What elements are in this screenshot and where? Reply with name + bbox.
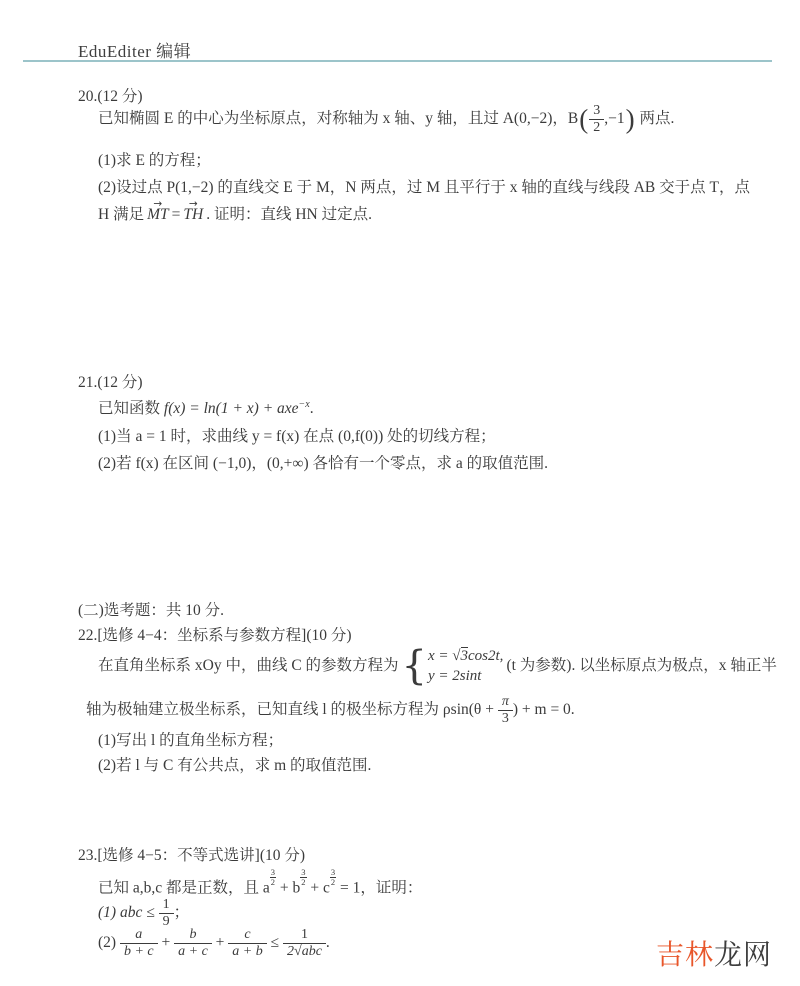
fraction-1-9: 19 (159, 897, 174, 930)
left-brace: { (402, 648, 427, 684)
p23-q1-tail: ； (174, 904, 190, 921)
watermark-dark-text: 龙网 (714, 939, 772, 970)
p23-intro-text: 已知 a,b,c 都是正数，且 a (98, 879, 270, 896)
fraction-denominator: a + c (174, 943, 212, 960)
exp-numerator: 3 (330, 868, 336, 877)
p21-question-1: (1)当 a = 1 时，求曲线 y = f(x) 在点 (0,f(0)) 处的… (98, 424, 496, 446)
p22-polar-equation: 轴为极轴建立极坐标系，已知直线 l 的极坐标方程为 ρsin(θ + (86, 701, 498, 718)
fraction-numerator: c (228, 927, 266, 943)
exp-numerator: 3 (300, 868, 306, 877)
p23-q2-tail: . (326, 934, 330, 951)
p23-intro: 已知 a,b,c 都是正数，且 a32 + b32 + c32 = 1，证明： (98, 868, 422, 897)
fraction-denominator: a + b (228, 943, 266, 960)
vector-MT: MT (147, 201, 169, 228)
p21-intro-tail: . (310, 400, 314, 417)
p21-question-2: (2)若 f(x) 在区间 (−1,0)，(0,+∞) 各恰有一个零点，求 a … (98, 451, 548, 473)
p20-q2-tail: . 证明：直线 HN 过定点. (206, 206, 372, 223)
p23-question-2: (2) ab + c + ba + c + ca + b ≤ 12√abc. (98, 927, 330, 960)
p23-title: 23.[选修 4−5：不等式选讲](10 分) (78, 843, 305, 865)
parametric-system: {x = √3cos2t,y = 2sint (402, 646, 504, 687)
radical-sign: √ (294, 944, 302, 959)
sqrt-3: √3 (452, 647, 468, 664)
param-eq-x-tail: cos2t, (468, 648, 503, 664)
left-paren: ( (578, 104, 589, 134)
fraction-denominator: b + c (120, 943, 158, 960)
p20-question-2: (2)设过点 P(1,−2) 的直线交 E 于 M，N 两点，过 M 且平行于 … (98, 174, 760, 228)
radicand-3: 3 (461, 647, 469, 664)
fraction-numerator: π (498, 694, 513, 710)
vector-MT-label: MT (147, 206, 169, 223)
p21-function-expression: f(x) = ln(1 + x) + axe (164, 400, 299, 417)
p23-intro-tail: = 1，证明： (336, 879, 422, 896)
p22-title: 22.[选修 4−4：坐标系与参数方程](10 分) (78, 623, 352, 645)
p20-intro: 已知椭圆 E 的中心为坐标原点，对称轴为 x 轴、y 轴，且过 A(0,−2)，… (98, 103, 674, 136)
p20-question-1: (1)求 E 的方程； (98, 148, 211, 170)
plus-sign: + (212, 934, 229, 951)
fraction-denominator: 3 (498, 710, 513, 727)
fraction-numerator: 1 (283, 927, 326, 943)
p21-exponent: −x (299, 399, 310, 410)
p23-question-1: (1) abc ≤ 19； (98, 897, 189, 930)
p22-line1-tail: (t 为参数). 以坐标原点为极点，x 轴正半 (506, 657, 776, 674)
param-eq-x-lhs: x = (428, 648, 452, 664)
exp-numerator: 3 (270, 868, 276, 877)
fraction-numerator: 1 (159, 897, 174, 913)
p23-q1-lhs: (1) abc ≤ (98, 904, 159, 921)
fraction-c-over-a-plus-b: ca + b (228, 927, 266, 960)
fraction-numerator: 3 (589, 103, 604, 119)
header-divider-line (23, 60, 772, 62)
rhs-coefficient: 2 (287, 944, 294, 959)
p21-intro-text: 已知函数 (98, 400, 164, 417)
p22-line-1: 在直角坐标系 xOy 中，曲线 C 的参数方程为{x = √3cos2t,y =… (98, 646, 777, 687)
equals-sign: = (172, 206, 181, 223)
site-watermark: 吉林龙网 (656, 933, 772, 973)
exam-page: EduEditer 编辑 20.(12 分) 已知椭圆 E 的中心为坐标原点，对… (0, 0, 800, 986)
p22-question-2: (2)若 l 与 C 有公共点，求 m 的取值范围. (98, 753, 371, 775)
plus-sign: + (158, 934, 175, 951)
vector-TH: TH (183, 201, 203, 228)
right-paren: ) (625, 104, 636, 134)
p20-point-b-coords: ,−1 (604, 110, 624, 127)
param-eq-y: y = 2sint (428, 666, 503, 686)
fraction-numerator: a (120, 927, 158, 943)
p22-line2-tail: ) + m = 0. (513, 701, 575, 718)
fraction-3-2: 32 (589, 103, 604, 136)
fraction-pi-3: π3 (498, 694, 513, 727)
editor-brand-label: EduEditer 编辑 (78, 37, 191, 62)
parametric-equations: x = √3cos2t,y = 2sint (428, 646, 503, 687)
section-2-heading: (二)选考题：共 10 分. (78, 598, 224, 620)
radicand-abc: abc (302, 943, 322, 959)
p22-line-2: 轴为极轴建立极坐标系，已知直线 l 的极坐标方程为 ρsin(θ + π3) +… (86, 694, 575, 727)
sqrt-abc: √abc (294, 943, 322, 959)
vector-TH-label: TH (183, 206, 203, 223)
radical-sign: √ (452, 648, 460, 664)
p21-intro: 已知函数 f(x) = ln(1 + x) + axe−x. (98, 396, 314, 418)
fraction-a-over-b-plus-c: ab + c (120, 927, 158, 960)
p22-intro-text: 在直角坐标系 xOy 中，曲线 C 的参数方程为 (98, 657, 399, 674)
p20-intro-tail: 两点. (636, 110, 675, 127)
fraction-denominator: 2 (589, 119, 604, 136)
fraction-denominator: 2√abc (283, 943, 326, 960)
p23-q2-label: (2) (98, 934, 120, 951)
p23-plus-c: + c (307, 879, 330, 896)
fraction-b-over-a-plus-c: ba + c (174, 927, 212, 960)
p21-number: 21.(12 分) (78, 370, 143, 392)
fraction-1-over-2sqrt-abc: 12√abc (283, 927, 326, 960)
watermark-accent-text: 吉林 (656, 939, 714, 970)
p20-intro-text: 已知椭圆 E 的中心为坐标原点，对称轴为 x 轴、y 轴，且过 A(0,−2)，… (98, 110, 578, 127)
param-eq-x: x = √3cos2t, (428, 646, 503, 666)
leq-sign: ≤ (267, 934, 283, 951)
p23-plus-b: + b (276, 879, 300, 896)
fraction-numerator: b (174, 927, 212, 943)
p22-question-1: (1)写出 l 的直角坐标方程； (98, 728, 283, 750)
